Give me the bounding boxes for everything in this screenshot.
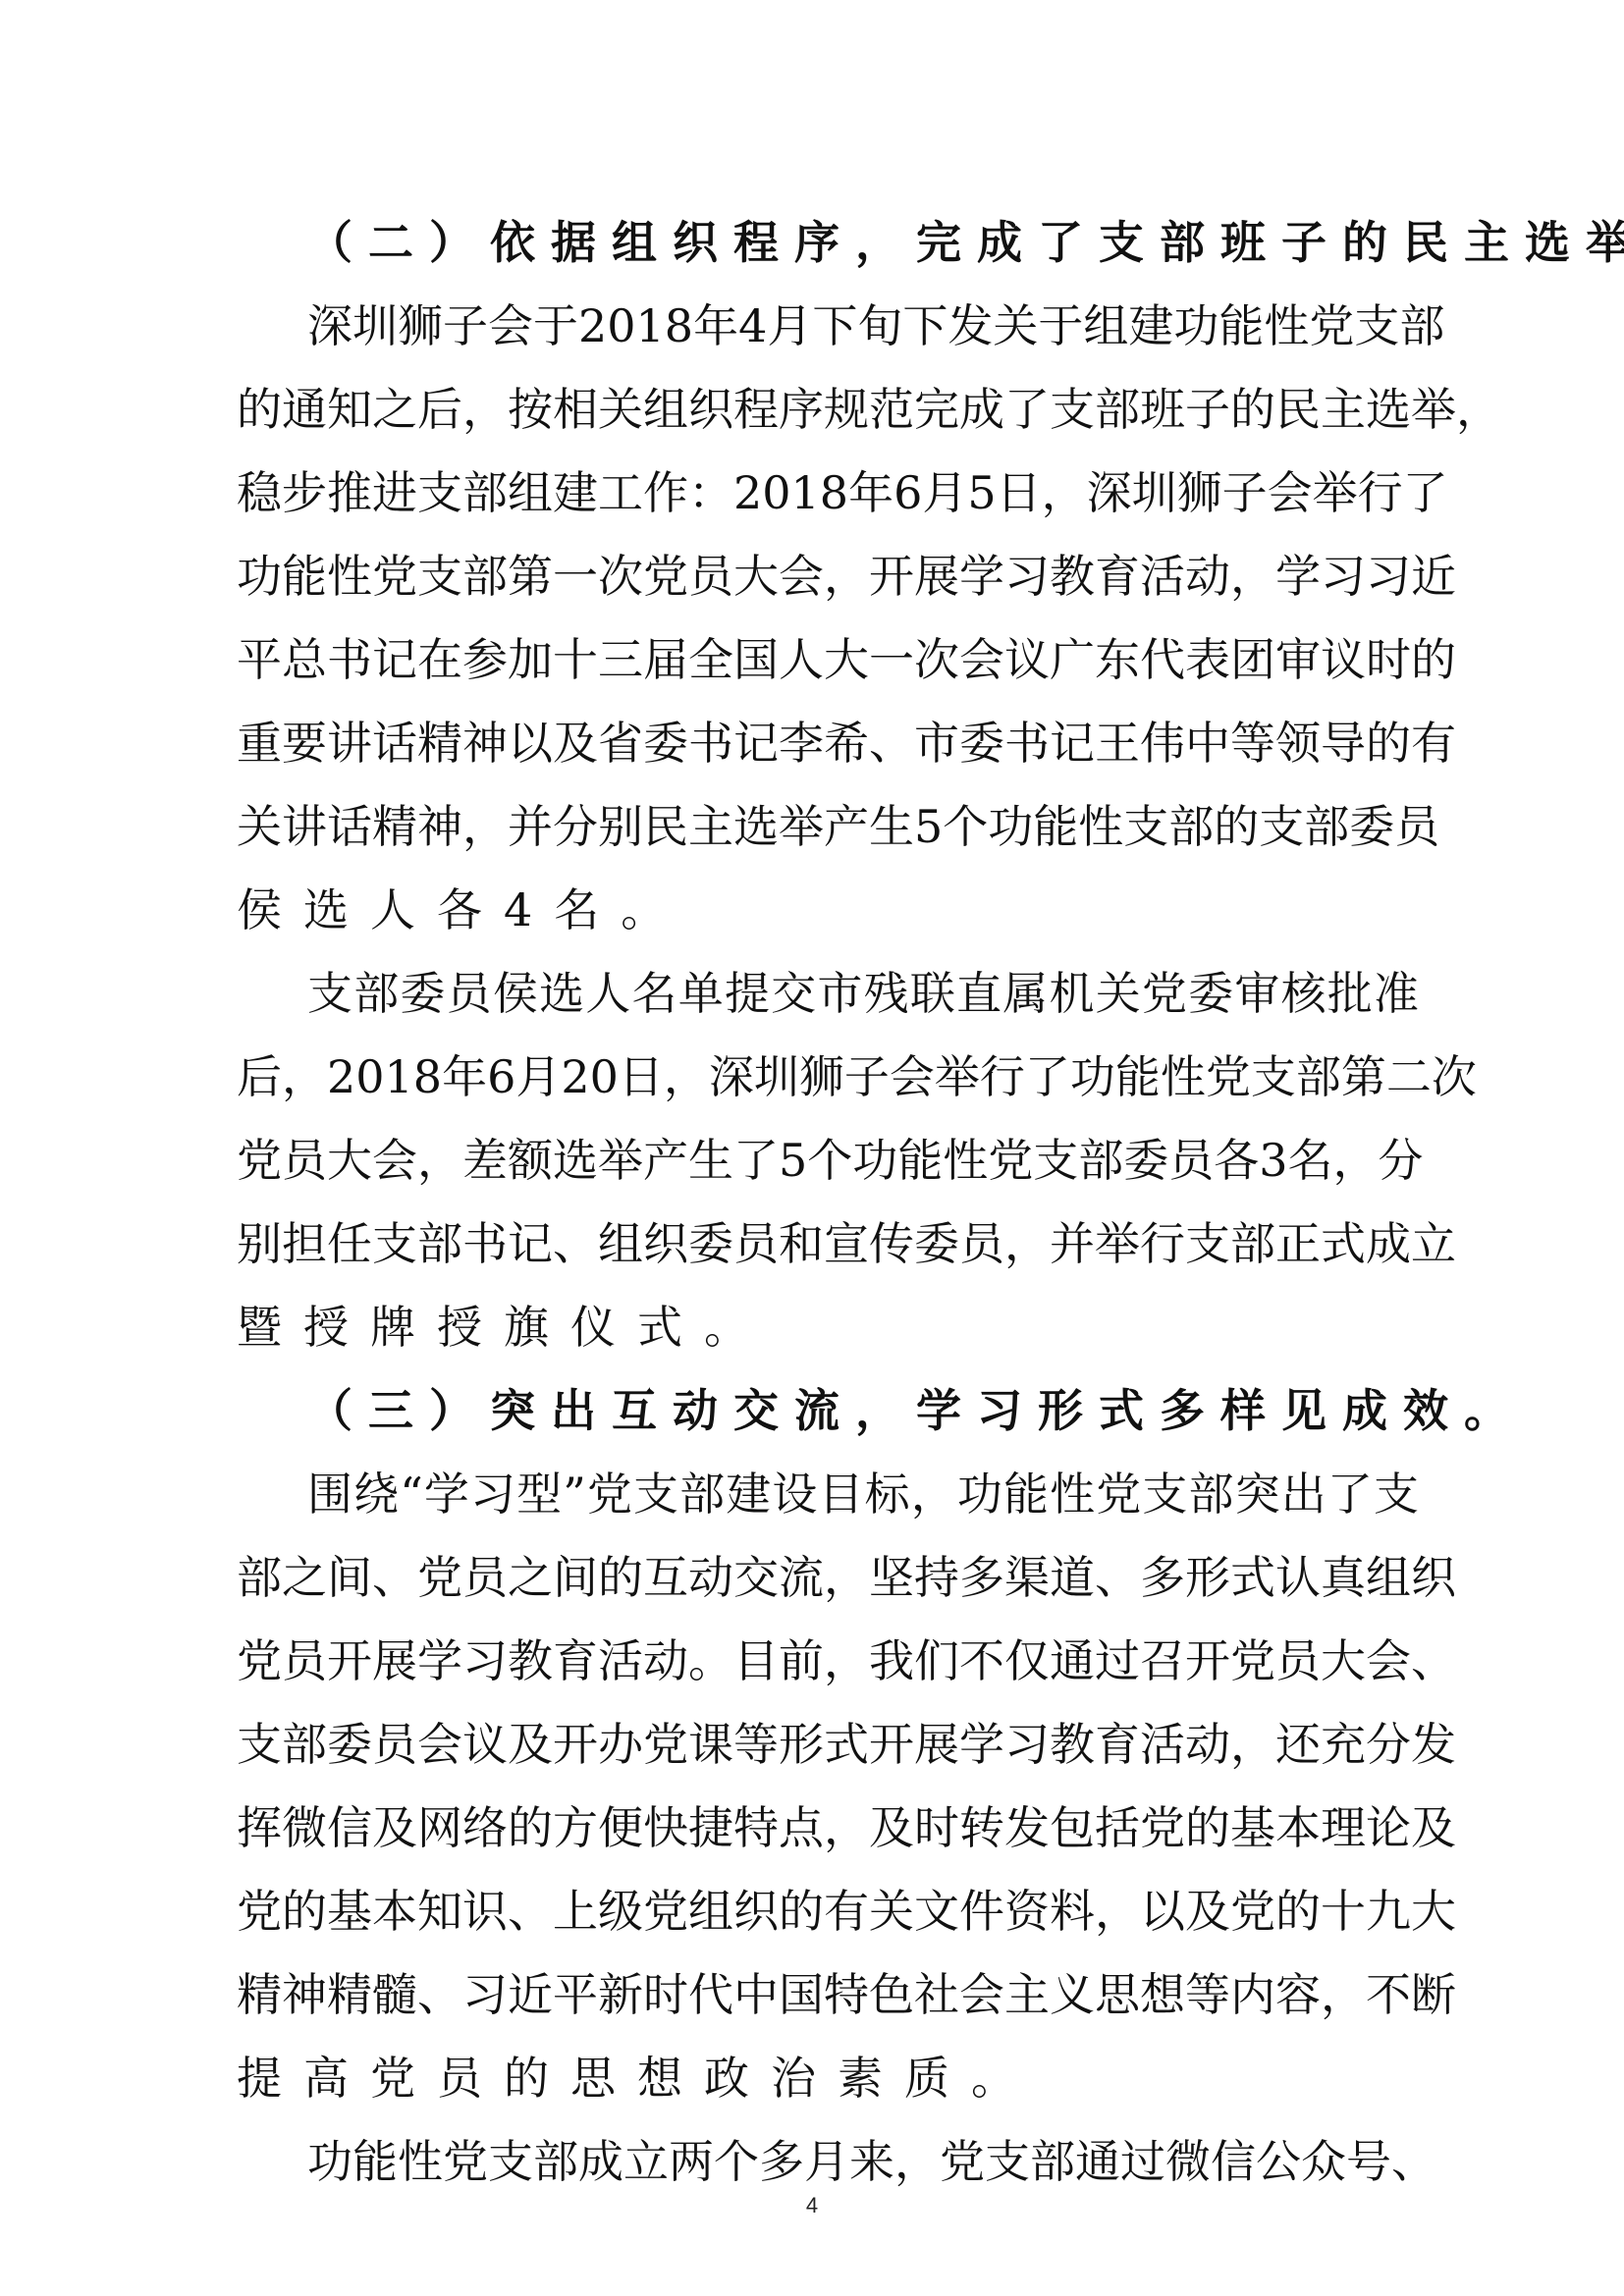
paragraph-line: 深圳狮子会于2018年4月下旬下发关于组建功能性党支部: [307, 285, 1419, 368]
section-heading: （二）依据组织程序，完成了支部班子的民主选举。: [307, 201, 1419, 285]
paragraph-line: 提高党员的思想政治素质。: [237, 2037, 1419, 2120]
paragraph-line: 党员开展学习教育活动。目前，我们不仅通过召开党员大会、: [237, 1620, 1419, 1703]
section-heading: （三）突出互动交流，学习形式多样见成效。: [307, 1369, 1419, 1453]
paragraph-line: 暨授牌授旗仪式。: [237, 1286, 1419, 1369]
paragraph-line: 功能性党支部成立两个多月来，党支部通过微信公众号、: [307, 2120, 1419, 2204]
paragraph-line: 稳步推进支部组建工作：2018年6月5日，深圳狮子会举行了: [237, 452, 1419, 535]
page-number: 4: [0, 2193, 1624, 2218]
paragraph-line: 支部委员侯选人名单提交市残联直属机关党委审核批准: [307, 952, 1419, 1036]
document-page: （二）依据组织程序，完成了支部班子的民主选举。 深圳狮子会于2018年4月下旬下…: [0, 0, 1624, 2296]
paragraph-line: 平总书记在参加十三届全国人大一次会议广东代表团审议时的: [237, 618, 1419, 702]
paragraph-line: 挥微信及网络的方便快捷特点，及时转发包括党的基本理论及: [237, 1787, 1419, 1870]
paragraph-line: 侯选人各4名。: [237, 869, 1419, 952]
paragraph-line: 重要讲话精神以及省委书记李希、市委书记王伟中等领导的有: [237, 702, 1419, 785]
paragraph-line: 部之间、党员之间的互动交流，坚持多渠道、多形式认真组织: [237, 1536, 1419, 1620]
paragraph-line: 支部委员会议及开办党课等形式开展学习教育活动，还充分发: [237, 1703, 1419, 1787]
paragraph-line: 党员大会，差额选举产生了5个功能性党支部委员各3名，分: [237, 1119, 1419, 1202]
paragraph-line: 后，2018年6月20日，深圳狮子会举行了功能性党支部第二次: [237, 1036, 1419, 1119]
paragraph-line: 围绕“学习型”党支部建设目标，功能性党支部突出了支: [307, 1453, 1419, 1536]
paragraph-line: 精神精髓、习近平新时代中国特色社会主义思想等内容，不断: [237, 1953, 1419, 2037]
paragraph-line: 别担任支部书记、组织委员和宣传委员，并举行支部正式成立: [237, 1202, 1419, 1286]
paragraph-line: 功能性党支部第一次党员大会，开展学习教育活动，学习习近: [237, 535, 1419, 618]
paragraph-line: 关讲话精神，并分别民主选举产生5个功能性支部的支部委员: [237, 785, 1419, 869]
paragraph-line: 党的基本知识、上级党组织的有关文件资料，以及党的十九大: [237, 1870, 1419, 1953]
paragraph-line: 的通知之后，按相关组织程序规范完成了支部班子的民主选举，: [237, 368, 1419, 452]
